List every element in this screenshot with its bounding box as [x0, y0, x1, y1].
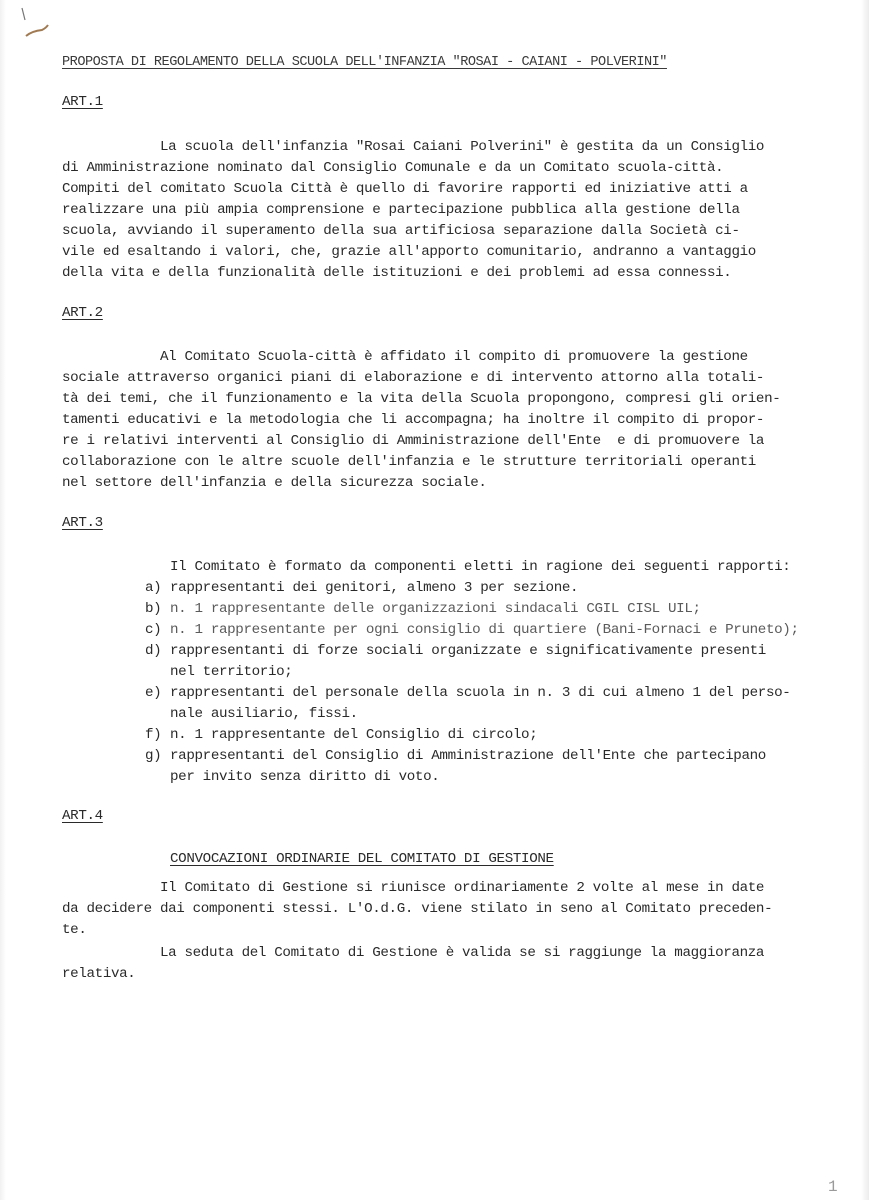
article-2-line: tà dei temi, che il funzionamento e la v… — [62, 391, 780, 407]
document-title: PROPOSTA DI REGOLAMENTO DELLA SCUOLA DEL… — [62, 55, 667, 70]
article-2-line: re i relativi interventi al Consiglio di… — [62, 433, 764, 449]
list-item: n. 1 rappresentante per ogni consiglio d… — [170, 622, 799, 638]
article-2-line: tamenti educativi e la metodologia che l… — [62, 412, 764, 428]
pen-mark-icon — [12, 6, 52, 42]
article-2-line: sociale attraverso organici piani di ela… — [62, 370, 764, 386]
scan-edge-left — [0, 0, 6, 1200]
article-4-heading: ART.4 — [62, 808, 103, 824]
list-item: n. 1 rappresentante del Consiglio di cir… — [170, 727, 537, 743]
list-item: rappresentanti del Consiglio di Amminist… — [170, 748, 766, 764]
list-marker: c) — [145, 622, 161, 638]
list-marker: b) — [145, 601, 161, 617]
list-item-continuation: per invito senza diritto di voto. — [170, 769, 439, 785]
article-1-line: vile ed esaltando i valori, che, grazie … — [62, 244, 756, 260]
article-1-line: La scuola dell'infanzia "Rosai Caiani Po… — [62, 139, 764, 155]
article-1-line: della vita e della funzionalità delle is… — [62, 265, 731, 281]
article-3-heading: ART.3 — [62, 515, 103, 531]
article-4-subheading: CONVOCAZIONI ORDINARIE DEL COMITATO DI G… — [170, 851, 554, 867]
scan-edge-right — [861, 0, 869, 1200]
article-4-line: relativa. — [62, 966, 135, 982]
page-number: 1 — [828, 1178, 838, 1196]
list-item: rappresentanti del personale della scuol… — [170, 685, 790, 701]
list-item: n. 1 rappresentante delle organizzazioni… — [170, 601, 701, 617]
list-marker: d) — [145, 643, 161, 659]
article-4-line: da decidere dai componenti stessi. L'O.d… — [62, 901, 772, 917]
list-marker: g) — [145, 748, 161, 764]
document-page: PROPOSTA DI REGOLAMENTO DELLA SCUOLA DEL… — [0, 0, 869, 1200]
list-item: rappresentanti di forze sociali organizz… — [170, 643, 766, 659]
list-item-continuation: nale ausiliario, fissi. — [170, 706, 358, 722]
list-item: rappresentanti dei genitori, almeno 3 pe… — [170, 580, 578, 596]
article-1-line: Compiti del comitato Scuola Città è quel… — [62, 181, 748, 197]
article-4-line: te. — [62, 922, 87, 938]
list-marker: e) — [145, 685, 161, 701]
article-2-line: Al Comitato Scuola-città è affidato il c… — [62, 349, 748, 365]
article-2-line: collaborazione con le altre scuole dell'… — [62, 454, 756, 470]
article-4-line: La seduta del Comitato di Gestione è val… — [62, 945, 764, 961]
list-marker: f) — [145, 727, 161, 743]
list-item-continuation: nel territorio; — [170, 664, 292, 680]
list-marker: a) — [145, 580, 161, 596]
article-3-intro: Il Comitato è formato da componenti elet… — [170, 559, 790, 575]
article-4-line: Il Comitato di Gestione si riunisce ordi… — [62, 880, 764, 896]
article-2-line: nel settore dell'infanzia e della sicure… — [62, 475, 487, 491]
article-1-line: di Amministrazione nominato dal Consigli… — [62, 160, 723, 176]
article-1-line: realizzare una più ampia comprensione e … — [62, 202, 740, 218]
article-1-line: scuola, avviando il superamento della su… — [62, 223, 740, 239]
article-1-heading: ART.1 — [62, 94, 103, 110]
article-2-heading: ART.2 — [62, 305, 103, 321]
